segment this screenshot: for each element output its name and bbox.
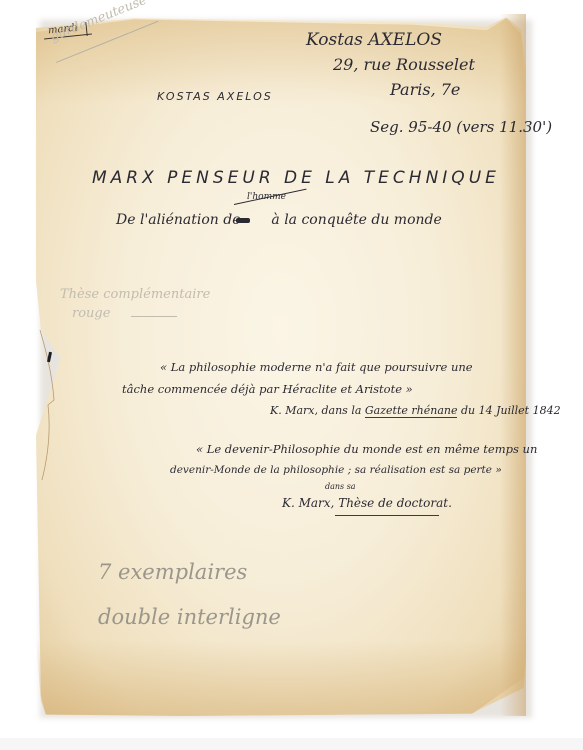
epigraph-2-source-prefix: K. Marx, <box>282 496 334 510</box>
copies-note: 7 exemplaires <box>98 560 247 584</box>
margin-note-line2: rouge <box>72 306 110 321</box>
address-street: 29, rue Rousselet <box>333 55 475 74</box>
epigraph-1-source-work: Gazette rhénane <box>365 404 458 418</box>
subtitle: De l'aliénation de à la conquête du mond… <box>116 212 442 228</box>
epigraph-1-source-prefix: K. Marx, dans la <box>270 404 365 417</box>
epigraph-2-source: K. Marx, Thèse de doctorat. <box>282 496 452 510</box>
address-name: Kostas AXELOS <box>306 30 442 50</box>
epigraph-2-source-work: Thèse de doctorat. <box>338 496 452 510</box>
margin-note-line1: Thèse complémentaire <box>60 287 210 302</box>
address-phone: Seg. 95-40 (vers 11.30') <box>370 118 552 136</box>
epigraph-1-line2: tâche commencée déjà par Héraclite et Ar… <box>122 382 413 396</box>
epigraph-2-source-insertion: dans sa <box>325 482 356 491</box>
author-line: KOSTAS AXELOS <box>157 90 273 103</box>
margin-note-dash <box>131 316 177 317</box>
epigraph-1-source: K. Marx, dans la Gazette rhénane du 14 J… <box>270 404 561 417</box>
spacing-note: double interligne <box>98 605 281 629</box>
epigraph-2-underline <box>335 515 439 516</box>
subtitle-before: De l'aliénation de <box>116 212 240 228</box>
address-city: Paris, 7e <box>390 80 460 99</box>
epigraph-1-line1: « La philosophie moderne n'a fait que po… <box>160 360 473 374</box>
crossed-out-word <box>236 218 250 223</box>
subtitle-after: à la conquête du monde <box>271 212 441 228</box>
epigraph-2-line1: « Le devenir-Philosophie du monde est en… <box>196 442 537 456</box>
background-band <box>0 738 583 750</box>
epigraph-1-source-suffix: du 14 Juillet 1842 <box>457 404 560 417</box>
epigraph-2-line2: devenir-Monde de la philosophie ; sa réa… <box>170 464 502 476</box>
manuscript-title: MARX PENSEUR DE LA TECHNIQUE <box>92 168 500 188</box>
